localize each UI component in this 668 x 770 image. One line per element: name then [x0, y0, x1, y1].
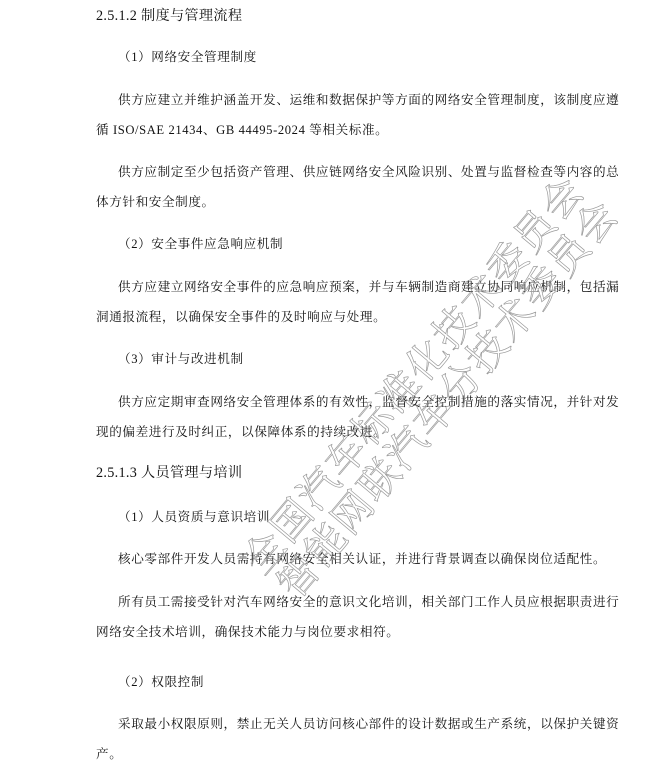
subsection-title: （3）审计与改进机制 — [118, 351, 244, 367]
paragraph-line: 供方应建立网络安全事件的应急响应预案，并与车辆制造商建立协同响应机制，包括漏 — [118, 279, 570, 295]
paragraph-line: 网络安全技术培训，确保技术能力与岗位要求相符。 — [96, 624, 399, 640]
paragraph-line: 循 ISO/SAE 21434、GB 44495-2024 等相关标准。 — [96, 122, 388, 138]
paragraph-line: 采取最小权限原则，禁止无关人员访问核心部件的设计数据或生产系统，以保护关键资 — [118, 716, 570, 732]
document-page: 2.5.1.2 制度与管理流程 （1）网络安全管理制度 供方应建立并维护涵盖开发… — [0, 0, 668, 770]
paragraph-line: 体方针和安全制度。 — [96, 194, 215, 210]
paragraph-line: 洞通报流程，以确保安全事件的及时响应与处理。 — [96, 309, 386, 325]
paragraph-line: 供方应定期审查网络安全管理体系的有效性，监督安全控制措施的落实情况，并针对发 — [118, 394, 570, 410]
subsection-title: （1）人员资质与意识培训 — [118, 509, 270, 525]
paragraph-line: 产。 — [96, 746, 122, 762]
watermark-line-1: 全国汽车标准化技术委员会 — [228, 162, 596, 585]
paragraph-line: 现的偏差进行及时纠正，以保障体系的持续改进。 — [96, 424, 386, 440]
paragraph-line: 所有员工需接受针对汽车网络安全的意识文化培训，相关部门工作人员应根据职责进行 — [118, 594, 570, 610]
section-heading: 2.5.1.2 制度与管理流程 — [96, 8, 242, 24]
watermark: 全国汽车标准化技术委员会 智能网联汽车分技术委员会 — [0, 0, 668, 770]
subsection-title: （1）网络安全管理制度 — [118, 49, 257, 65]
subsection-title: （2）权限控制 — [118, 674, 204, 690]
paragraph-line: 核心零部件开发人员需持有网络安全相关认证，并进行背景调查以确保岗位适配性。 — [118, 551, 606, 567]
section-heading: 2.5.1.3 人员管理与培训 — [96, 465, 242, 481]
subsection-title: （2）安全事件应急响应机制 — [118, 236, 283, 252]
paragraph-line: 供方应制定至少包括资产管理、供应链网络安全风险识别、处置与监督检查等内容的总 — [118, 164, 570, 180]
paragraph-line: 供方应建立并维护涵盖开发、运维和数据保护等方面的网络安全管理制度，该制度应遵 — [118, 92, 570, 108]
